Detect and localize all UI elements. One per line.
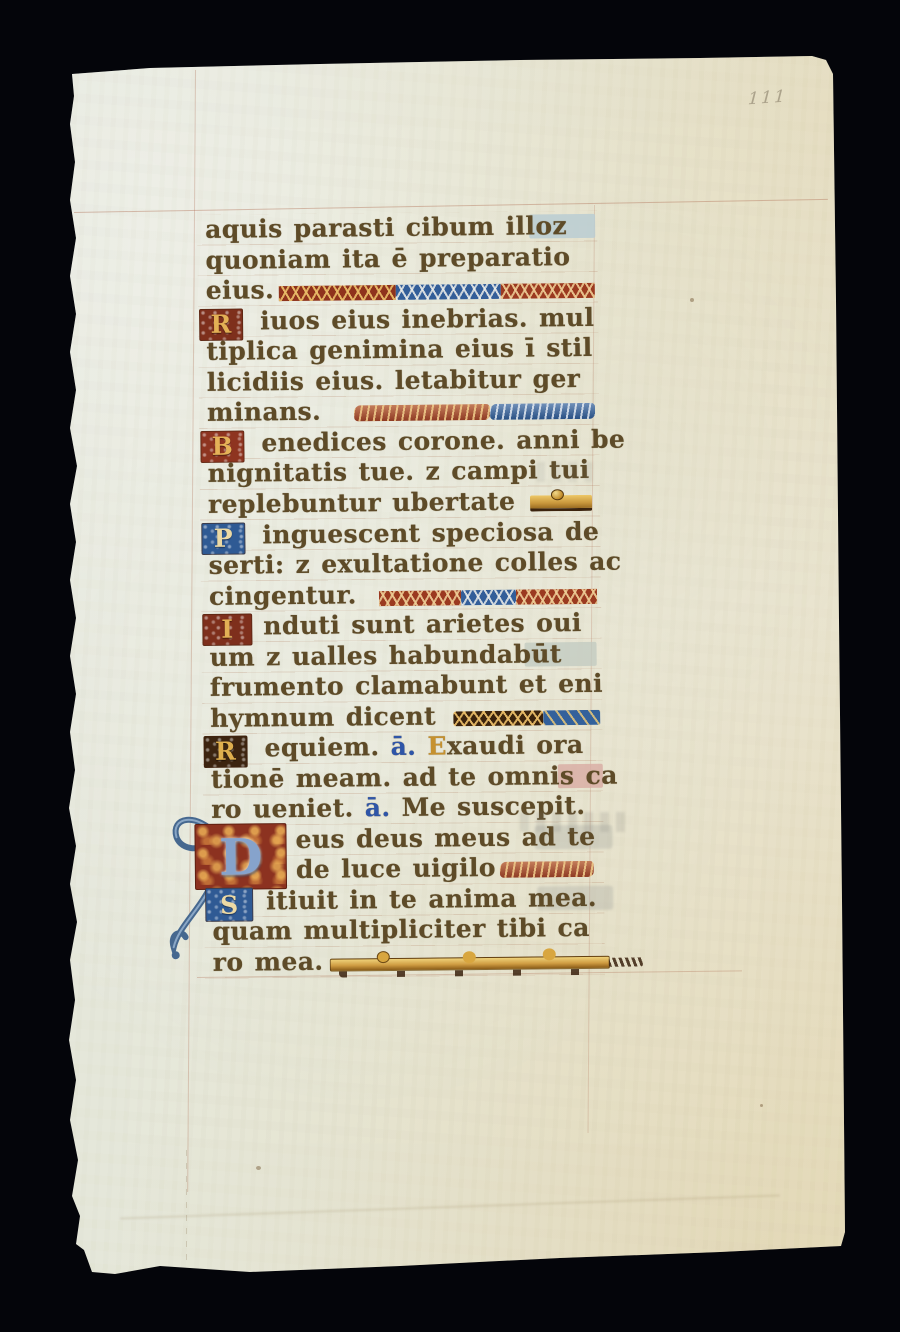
text-line: licidiis eius. letabitur ger [199, 364, 599, 399]
photo-background: 111 aquis parasti cibum illoz quoniam it… [0, 0, 900, 1332]
text-run: enedices corone. anni be [199, 425, 625, 459]
text-run: tionē meam. ad te omnis ca [203, 761, 618, 795]
text-run: frumento clamabunt et eni [202, 669, 603, 703]
text-run: ro mea. [205, 947, 324, 978]
text-line: tiplica genimina eius ī stil [198, 333, 598, 368]
text-block: aquis parasti cibum illoz quoniam ita ē … [197, 211, 605, 979]
line-filler-red-wave [354, 404, 490, 421]
text-line: I nduti sunt arietes oui [201, 608, 601, 643]
text-run: inguescent speciosa de [200, 517, 599, 551]
text-run: replebuntur ubertate [200, 487, 516, 520]
manuscript-leaf: 111 aquis parasti cibum illoz quoniam it… [0, 0, 900, 1332]
parchment-speck [690, 298, 694, 302]
text-line: minans. [199, 394, 599, 429]
illuminated-initial-s: S [205, 887, 253, 922]
text-run: minans. [199, 397, 321, 428]
line-filler-red-blue-red-band [279, 283, 595, 301]
text-line: frumento clamabunt et eni [202, 669, 602, 704]
text-line: aquis parasti cibum illoz [197, 211, 597, 246]
ruling-line-top [74, 199, 828, 213]
gold-line-ender-bar [330, 956, 610, 972]
antiphon-mark: ā. [390, 732, 416, 761]
text-run: equiem. [264, 732, 379, 762]
text-run: nignitatis tue. z campi tui [200, 455, 590, 489]
text-run: hymnum dicent [202, 702, 436, 734]
parchment-speck [760, 1104, 763, 1107]
illuminated-initial-d: D [194, 823, 287, 890]
filler-segment-red [516, 589, 597, 605]
text-run: quoniam ita ē preparatio [197, 242, 570, 276]
text-line: eius. [198, 272, 598, 307]
line-filler-red-gold-wave [500, 861, 594, 878]
line-filler-gold-knot [453, 710, 543, 726]
line-filler-blue-gold [543, 710, 600, 726]
ruling-line-left [187, 70, 196, 1192]
text-line: serti: z exultatione colles ac [201, 547, 601, 582]
text-run: iuos eius inebrias. mul [198, 303, 595, 337]
bleedthrough-smudge [520, 812, 630, 832]
parchment-speck [256, 1166, 261, 1170]
text-run: eius. [198, 275, 275, 306]
text-line: quam multipliciter tibi ca [204, 913, 604, 948]
line-filler-red-blue-red-band [379, 589, 597, 606]
text-run: equiem. ā. Exaudi ora [202, 730, 583, 764]
line-filler-gold-bar [530, 495, 592, 512]
parchment-crease [120, 1194, 780, 1219]
line-filler-blue-wave [490, 403, 595, 420]
filler-segment-redgold [279, 285, 396, 301]
text-line: replebuntur ubertate [200, 486, 600, 521]
filler-segment-blue [461, 590, 516, 606]
filler-segment-red [379, 590, 461, 606]
text-run: tiplica genimina eius ī stil [198, 333, 592, 367]
text-run: quam multipliciter tibi ca [204, 913, 590, 947]
parchment-fold-mark [186, 1150, 187, 1260]
text-line: quoniam ita ē preparatio [197, 242, 597, 277]
gold-capital: E [427, 731, 447, 760]
text-run: xaudi ora [447, 730, 584, 760]
antiphon-mark: ā. [365, 793, 391, 822]
filler-segment-red [501, 283, 595, 299]
text-run: cingentur. [201, 580, 357, 612]
text-run: nduti sunt arietes oui [201, 608, 582, 642]
text-run: ro ueniet. [211, 793, 354, 823]
text-run: aquis parasti cibum illoz [197, 211, 567, 245]
text-line: ro mea. [205, 944, 605, 979]
filler-segment-blue [396, 284, 501, 300]
text-run: licidiis eius. letabitur ger [199, 364, 581, 398]
text-run: um z ualles habundabūt [201, 639, 561, 673]
line-ender-tail [609, 957, 643, 966]
folio-number: 111 [745, 87, 789, 110]
text-line: R equiem. ā. Exaudi ora [202, 730, 602, 765]
bleedthrough-smudge [536, 462, 596, 482]
text-run: serti: z exultatione colles ac [201, 547, 622, 581]
